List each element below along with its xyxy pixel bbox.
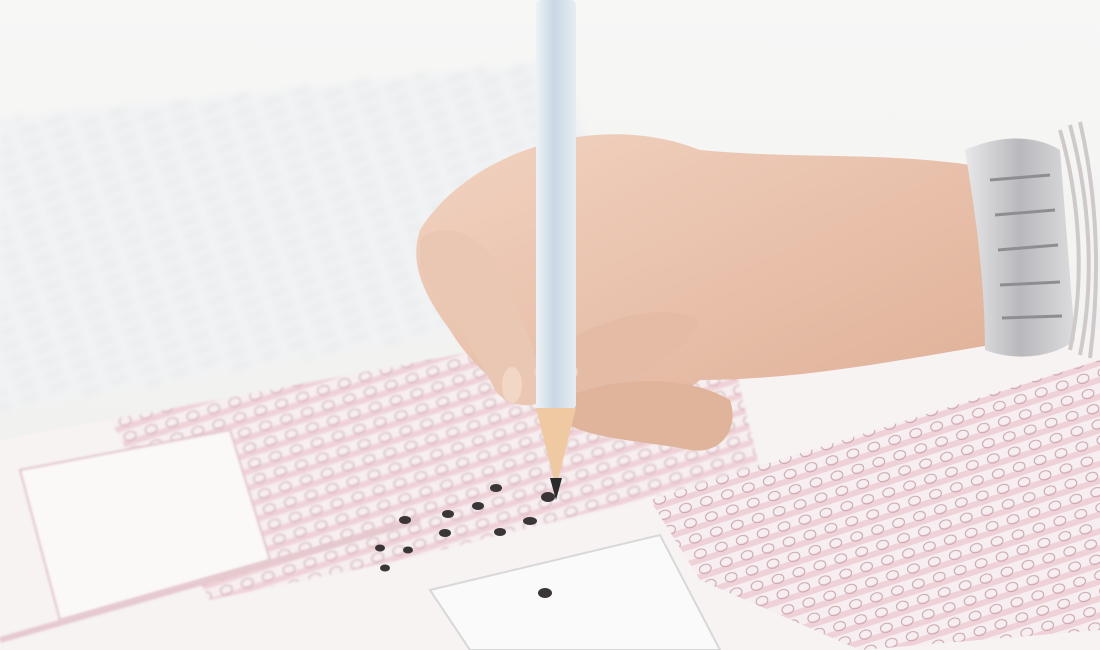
pencil	[536, 0, 576, 500]
photo-scene	[0, 0, 1100, 650]
pencil-body	[536, 0, 576, 410]
fingernail	[502, 367, 522, 403]
